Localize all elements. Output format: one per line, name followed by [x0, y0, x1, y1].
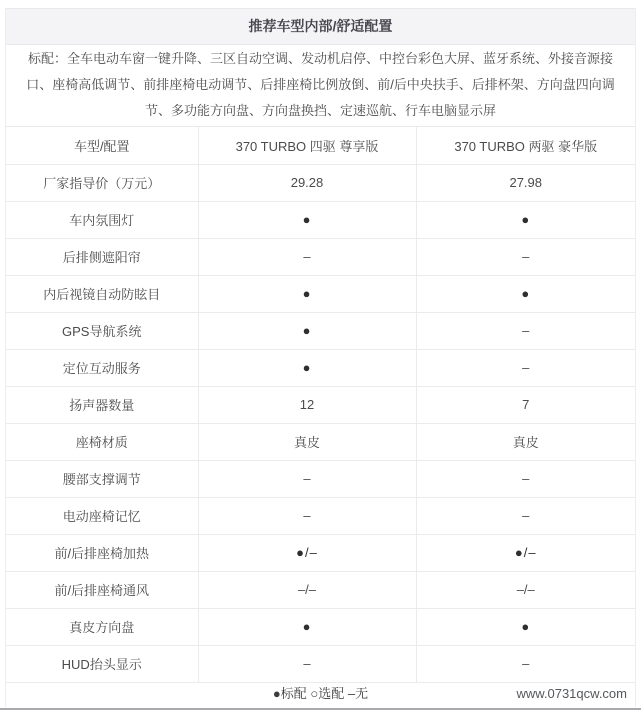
section-title: 推荐车型内部/舒适配置	[6, 8, 635, 45]
feature-value: ●	[416, 201, 635, 238]
feature-value: –	[198, 645, 416, 682]
standard-equipment-note: 标配：全车电动车窗一键升降、三区自动空调、发动机启停、中控台彩色大屏、蓝牙系统、…	[6, 45, 635, 127]
feature-label: 内后视镜自动防眩目	[6, 275, 198, 312]
feature-label: 座椅材质	[6, 423, 198, 460]
feature-value: –	[416, 238, 635, 275]
feature-label: 前/后排座椅通风	[6, 571, 198, 608]
feature-value: ●	[416, 275, 635, 312]
config-comparison-table: 车型/配置 370 TURBO 四驱 尊享版 370 TURBO 两驱 豪华版 …	[6, 127, 635, 683]
feature-value: ●	[198, 349, 416, 386]
feature-value: 29.28	[198, 164, 416, 201]
feature-label: 定位互动服务	[6, 349, 198, 386]
feature-value: ●/–	[416, 534, 635, 571]
feature-label: 后排侧遮阳帘	[6, 238, 198, 275]
column-header-trim-1: 370 TURBO 四驱 尊享版	[198, 127, 416, 164]
feature-label: 真皮方向盘	[6, 608, 198, 645]
config-row: 厂家指导价（万元）29.2827.98	[6, 164, 635, 201]
bottom-divider	[0, 708, 641, 710]
config-row: 内后视镜自动防眩目●●	[6, 275, 635, 312]
config-row: 车内氛围灯●●	[6, 201, 635, 238]
config-table-widget: 推荐车型内部/舒适配置 标配：全车电动车窗一键升降、三区自动空调、发动机启停、中…	[5, 8, 636, 707]
config-row: 真皮方向盘●●	[6, 608, 635, 645]
feature-value: ●	[198, 201, 416, 238]
feature-label: 电动座椅记忆	[6, 497, 198, 534]
feature-value: 27.98	[416, 164, 635, 201]
feature-value: –/–	[198, 571, 416, 608]
feature-label: GPS导航系统	[6, 312, 198, 349]
feature-value: –/–	[416, 571, 635, 608]
feature-value: –	[198, 238, 416, 275]
feature-value: –	[198, 497, 416, 534]
feature-value: –	[416, 645, 635, 682]
config-row: 电动座椅记忆––	[6, 497, 635, 534]
config-row: 后排侧遮阳帘––	[6, 238, 635, 275]
site-url: www.0731qcw.com	[516, 683, 627, 705]
column-header-feature: 车型/配置	[6, 127, 198, 164]
feature-value: –	[416, 460, 635, 497]
feature-value: ●	[198, 608, 416, 645]
config-row: 腰部支撑调节––	[6, 460, 635, 497]
feature-label: HUD抬头显示	[6, 645, 198, 682]
legend-text: ●标配 ○选配 –无	[273, 683, 368, 705]
feature-value: ●	[198, 275, 416, 312]
feature-value: –	[198, 460, 416, 497]
table-header-row: 车型/配置 370 TURBO 四驱 尊享版 370 TURBO 两驱 豪华版	[6, 127, 635, 164]
feature-value: ●	[416, 608, 635, 645]
table-footer: ●标配 ○选配 –无 www.0731qcw.com	[6, 683, 635, 707]
config-row: 定位互动服务●–	[6, 349, 635, 386]
feature-value: –	[416, 349, 635, 386]
config-row: 扬声器数量127	[6, 386, 635, 423]
feature-label: 车内氛围灯	[6, 201, 198, 238]
feature-value: ●/–	[198, 534, 416, 571]
feature-label: 前/后排座椅加热	[6, 534, 198, 571]
feature-value: 12	[198, 386, 416, 423]
config-row: GPS导航系统●–	[6, 312, 635, 349]
feature-value: 真皮	[198, 423, 416, 460]
column-header-trim-2: 370 TURBO 两驱 豪华版	[416, 127, 635, 164]
config-row: 前/后排座椅加热●/–●/–	[6, 534, 635, 571]
config-row: HUD抬头显示––	[6, 645, 635, 682]
config-row: 前/后排座椅通风–/––/–	[6, 571, 635, 608]
config-row: 座椅材质真皮真皮	[6, 423, 635, 460]
feature-value: –	[416, 497, 635, 534]
feature-value: 7	[416, 386, 635, 423]
feature-label: 扬声器数量	[6, 386, 198, 423]
feature-value: –	[416, 312, 635, 349]
feature-label: 腰部支撑调节	[6, 460, 198, 497]
feature-value: 真皮	[416, 423, 635, 460]
feature-value: ●	[198, 312, 416, 349]
feature-label: 厂家指导价（万元）	[6, 164, 198, 201]
